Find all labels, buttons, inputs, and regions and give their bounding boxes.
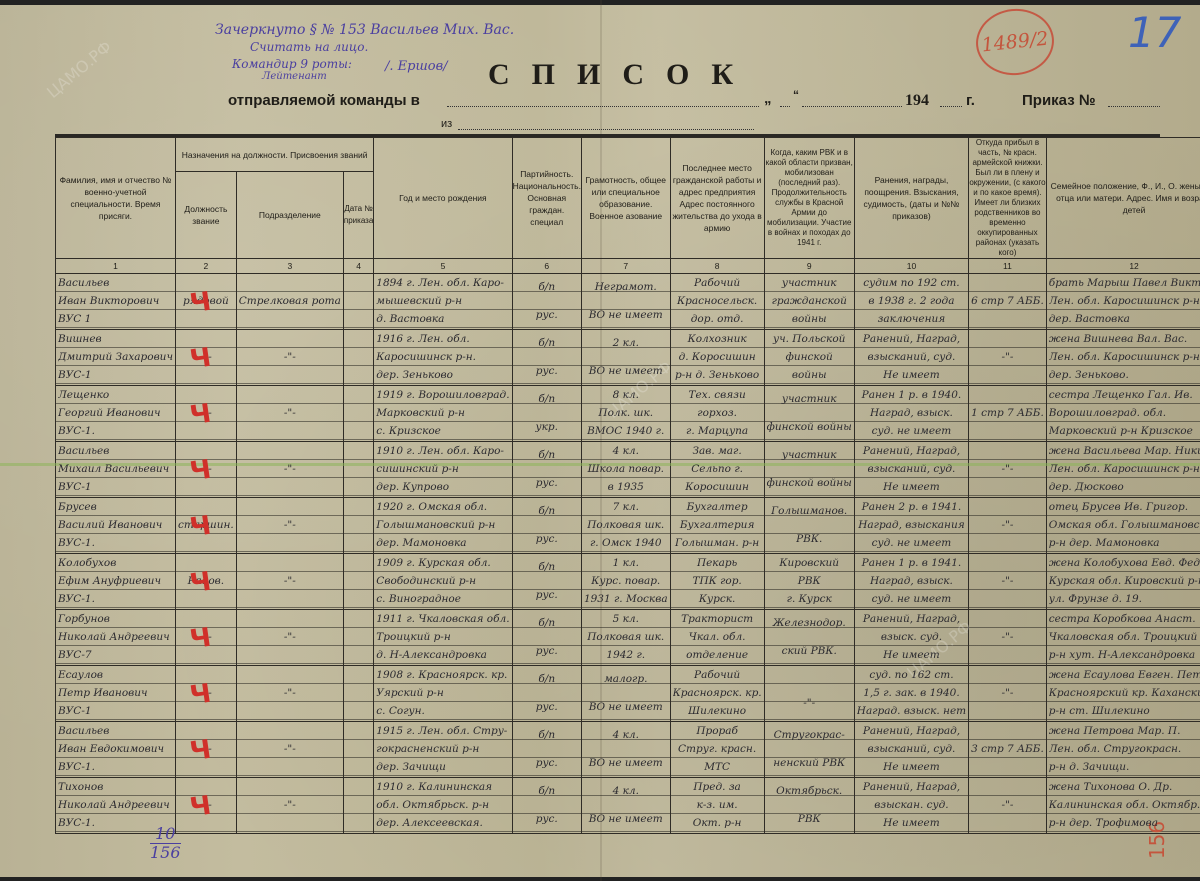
- row-education-cell: 5 кл.Полковая шк.1942 г.: [581, 610, 670, 666]
- row-arrived-cell: 1 стр 7 АББ.: [969, 386, 1047, 442]
- row-family-cell: жена Васильева Мар. Никиф.Лен. обл. Каро…: [1046, 442, 1200, 498]
- row-subdivision-text: -"-: [239, 685, 341, 702]
- row-education-cell: малогр.ВО не имеет: [581, 666, 670, 722]
- row-name-cell: ГорбуновНиколай АндреевичВУС-7: [56, 610, 176, 666]
- row-family-text: р-н хут. Н-Александровка: [1049, 647, 1200, 664]
- table-row: ТихоновНиколай АндреевичВУС-1.-"-Ч-"-191…: [56, 778, 1200, 834]
- row-birth-cell: 1920 г. Омская обл.Голышмановский р-ндер…: [374, 498, 512, 554]
- row-education-text: ВО не имеет: [584, 811, 668, 828]
- row-birth-cell: 1894 г. Лен. обл. Каро-мышевский р-нд. В…: [374, 274, 512, 330]
- row-birth-text: гокрасненский р-н: [376, 741, 509, 758]
- col-num-12: 12: [1046, 259, 1200, 274]
- row-family-cell: жена Есаулова Евген. Петр.Красноярский к…: [1046, 666, 1200, 722]
- row-birth-text: 1909 г. Курская обл.: [376, 555, 509, 572]
- row-birth-text: д. Н-Александровка: [376, 647, 509, 664]
- row-last-work-text: Голышман. р-н: [673, 535, 762, 552]
- row-birth-text: с. Виноградное: [376, 591, 509, 608]
- row-name-text: ВУС-1: [58, 479, 173, 496]
- row-last-work-text: Красноярск. кр.: [673, 685, 762, 702]
- row-awards-text: Не имеет: [857, 479, 966, 496]
- row-mobilized-text: РВК: [767, 573, 852, 590]
- row-party-text: рус.: [515, 811, 579, 828]
- row-last-work-text: МТС: [673, 759, 762, 776]
- row-birth-text: 1908 г. Красноярск. кр.: [376, 667, 509, 684]
- row-family-cell: жена Вишнева Вал. Вас.Лен. обл. Каросиши…: [1046, 330, 1200, 386]
- col-header-position: Должность звание: [175, 172, 236, 259]
- row-awards-cell: суд. по 162 ст.1,5 г. зак. в 1940.Наград…: [854, 666, 968, 722]
- row-name-text: Иван Викторович: [58, 293, 173, 310]
- row-mobilized-text: Голышманов.: [767, 503, 852, 520]
- row-mobilized-cell: КировскийРВКг. Курск: [764, 554, 854, 610]
- table-row: ВасильевИван ВикторовичВУС 1рядовойЧСтре…: [56, 274, 1200, 330]
- row-awards-text: взысканий, суд.: [857, 461, 966, 478]
- year-prefix: 194: [905, 92, 929, 110]
- row-last-work-cell: БухгалтерБухгалтерияГолышман. р-н: [670, 498, 764, 554]
- col-header-assignments: Назначения на должности. Присвоения зван…: [175, 138, 373, 172]
- row-awards-text: суд. не имеет: [857, 535, 966, 552]
- col-num-6: 6: [512, 259, 581, 274]
- table-row: КолобуховЕфим АнуфриевичВУС-1.Рядов.Ч-"-…: [56, 554, 1200, 610]
- row-awards-text: Наград. взыск. нет: [857, 703, 966, 720]
- row-name-cell: КолобуховЕфим АнуфриевичВУС-1.: [56, 554, 176, 610]
- row-last-work-cell: Тех. связигорхоз.г. Марцупа: [670, 386, 764, 442]
- row-arrived-cell: -"-: [969, 442, 1047, 498]
- row-birth-text: дер. Мамоновка: [376, 535, 509, 552]
- row-birth-text: 1916 г. Лен. обл.: [376, 331, 509, 348]
- row-mobilized-cell: участникфинской войны: [764, 386, 854, 442]
- row-family-cell: жена Тихонова О. Др.Калининская обл. Окт…: [1046, 778, 1200, 834]
- row-birth-text: 1920 г. Омская обл.: [376, 499, 509, 516]
- row-birth-text: Голышмановский р-н: [376, 517, 509, 534]
- row-party-cell: б/прус.: [512, 722, 581, 778]
- row-last-work-text: Окт. р-н: [673, 815, 762, 832]
- row-last-work-cell: РабочийКрасносельск.дор. отд.: [670, 274, 764, 330]
- row-birth-text: дер. Алексеевская.: [376, 815, 509, 832]
- row-education-cell: 4 кл.Школа повар.в 1935: [581, 442, 670, 498]
- row-mobilized-text: гражданской: [767, 293, 852, 310]
- row-last-work-text: Пред. за: [673, 779, 762, 796]
- col-header-birth: Год и место рождения: [374, 138, 512, 259]
- row-mobilized-text: Кировский: [767, 555, 852, 572]
- row-education-text: 4 кл.: [584, 727, 668, 744]
- col-num-4: 4: [343, 259, 373, 274]
- row-education-cell: Неграмот.ВО не имеет: [581, 274, 670, 330]
- row-birth-text: Каросишинск р-н.: [376, 349, 509, 366]
- row-arrived-text: -"-: [971, 349, 1044, 366]
- row-family-text: Лен. обл. Каросишинск р-н: [1049, 349, 1200, 366]
- row-awards-text: взысканий, суд.: [857, 349, 966, 366]
- row-education-text: ВО не имеет: [584, 363, 668, 380]
- row-education-text: 1 кл.: [584, 555, 668, 572]
- row-education-cell: 4 кл.ВО не имеет: [581, 778, 670, 834]
- row-awards-text: Не имеет: [857, 367, 966, 384]
- row-awards-cell: Ранен 1 р. в 1940.Наград, взыск.суд. не …: [854, 386, 968, 442]
- row-name-text: ВУС-1: [58, 367, 173, 384]
- row-mobilized-cell: -"-: [764, 666, 854, 722]
- row-position-cell: -"-Ч: [175, 610, 236, 666]
- row-mobilized-cell: Стругокрас-ненский РВК: [764, 722, 854, 778]
- col-num-2: 2: [175, 259, 236, 274]
- row-awards-text: 1,5 г. зак. в 1940.: [857, 685, 966, 702]
- row-name-text: Иван Евдокимович: [58, 741, 173, 758]
- year-suffix: г.: [966, 92, 975, 109]
- date-quote-open: „: [764, 90, 772, 107]
- row-education-text: Полковая шк.: [584, 629, 668, 646]
- row-subdivision-cell: -"-: [236, 498, 343, 554]
- row-education-text: 8 кл.: [584, 387, 668, 404]
- row-awards-text: Наград, взыск.: [857, 405, 966, 422]
- row-awards-cell: Ранений, Наград,взысканий, суд.Не имеет: [854, 330, 968, 386]
- row-name-cell: ЛещенкоГеоргий ИвановичВУС-1.: [56, 386, 176, 442]
- row-order-date-cell: [343, 666, 373, 722]
- row-education-text: Школа повар.: [584, 461, 668, 478]
- col-num-10: 10: [854, 259, 968, 274]
- red-check-mark: Ч: [188, 735, 213, 768]
- row-family-text: Лен. обл. Каросишинск р-н: [1049, 461, 1200, 478]
- row-family-text: р-н ст. Шилекино: [1049, 703, 1200, 720]
- row-education-cell: 1 кл.Курс. повар.1931 г. Москва: [581, 554, 670, 610]
- row-birth-cell: 1908 г. Красноярск. кр.Уярский р-нс. Сог…: [374, 666, 512, 722]
- annotation-signature: /. Ершов/: [385, 59, 448, 74]
- row-party-text: б/п: [515, 447, 579, 464]
- row-family-text: жена Петрова Мар. П.: [1049, 723, 1200, 740]
- red-check-mark: Ч: [188, 679, 213, 712]
- row-name-text: ВУС-1: [58, 703, 173, 720]
- row-order-date-cell: [343, 386, 373, 442]
- row-subdivision-cell: -"-: [236, 666, 343, 722]
- row-mobilized-cell: Железнодор.ский РВК.: [764, 610, 854, 666]
- row-birth-text: обл. Октябрьск. р-н: [376, 797, 509, 814]
- row-last-work-cell: ПекарьТПК гор.Курск.: [670, 554, 764, 610]
- from-label: из: [441, 118, 452, 130]
- red-check-mark: Ч: [188, 623, 213, 656]
- row-birth-text: Марковский р-н: [376, 405, 509, 422]
- row-subdivision-text: -"-: [239, 629, 341, 646]
- row-family-text: Лен. обл. Стругокрасн.: [1049, 741, 1200, 758]
- row-subdivision-cell: -"-: [236, 610, 343, 666]
- row-party-cell: б/прус.: [512, 498, 581, 554]
- personnel-table: Фамилия, имя и отчество № военно-учетной…: [55, 137, 1200, 834]
- row-arrived-text: 3 стр 7 АББ.: [971, 741, 1044, 758]
- destination-blank: [447, 106, 759, 107]
- row-name-text: Николай Андреевич: [58, 797, 173, 814]
- row-awards-text: Наград, взыск.: [857, 573, 966, 590]
- row-mobilized-cell: Октябрьск.РВК: [764, 778, 854, 834]
- row-name-text: ВУС-1.: [58, 759, 173, 776]
- row-education-cell: 8 кл.Полк. шк.ВМОС 1940 г.: [581, 386, 670, 442]
- row-last-work-cell: Пред. зак-з. им.Окт. р-н: [670, 778, 764, 834]
- row-family-text: сестра Лещенко Гал. Ив.: [1049, 387, 1200, 404]
- row-birth-text: 1910 г. Лен. обл. Каро-: [376, 443, 509, 460]
- row-arrived-cell: -"-: [969, 778, 1047, 834]
- row-family-cell: жена Колобухова Евд. Фед.Курская обл. Ки…: [1046, 554, 1200, 610]
- row-awards-text: суд. не имеет: [857, 591, 966, 608]
- row-family-cell: сестра Лещенко Гал. Ив.Ворошиловград. об…: [1046, 386, 1200, 442]
- row-education-text: ВО не имеет: [584, 307, 668, 324]
- row-birth-text: мышевский р-н: [376, 293, 509, 310]
- row-birth-text: с. Кризское: [376, 423, 509, 440]
- row-family-text: жена Есаулова Евген. Петр.: [1049, 667, 1200, 684]
- red-check-mark: Ч: [188, 287, 213, 320]
- row-last-work-text: Зав. маг.: [673, 443, 762, 460]
- row-education-text: Неграмот.: [584, 279, 668, 296]
- row-last-work-text: Пекарь: [673, 555, 762, 572]
- row-last-work-text: г. Марцупа: [673, 423, 762, 440]
- row-birth-text: 1894 г. Лен. обл. Каро-: [376, 275, 509, 292]
- row-family-text: жена Колобухова Евд. Фед.: [1049, 555, 1200, 572]
- row-family-text: Калининская обл. Октябр.: [1049, 797, 1200, 814]
- row-name-text: ВУС-1.: [58, 535, 173, 552]
- row-name-text: ВУС 1: [58, 311, 173, 328]
- subtitle-prefix: отправляемой команды в: [228, 92, 420, 109]
- row-position-cell: -"-Ч: [175, 330, 236, 386]
- row-last-work-cell: ПрорабСтруг. красн.МТС: [670, 722, 764, 778]
- row-last-work-cell: Зав. маг.Сельпо г.Коросишин: [670, 442, 764, 498]
- col-num-1: 1: [56, 259, 176, 274]
- row-education-text: 7 кл.: [584, 499, 668, 516]
- row-last-work-text: Тех. связи: [673, 387, 762, 404]
- table-row: ЕсауловПетр ИвановичВУС-1-"-Ч-"-1908 г. …: [56, 666, 1200, 722]
- row-awards-cell: Ранений, Наград,взысканий, суд.Не имеет: [854, 722, 968, 778]
- day-blank: [780, 106, 790, 107]
- row-arrived-cell: -"-: [969, 498, 1047, 554]
- row-family-text: Лен. обл. Каросишинск р-н: [1049, 293, 1200, 310]
- row-last-work-text: Струг. красн.: [673, 741, 762, 758]
- row-party-text: рус.: [515, 587, 579, 604]
- row-family-text: сестра Коробкова Анаст.: [1049, 611, 1200, 628]
- row-last-work-text: ТПК гор.: [673, 573, 762, 590]
- row-education-text: 1942 г.: [584, 647, 668, 664]
- row-last-work-text: Красносельск.: [673, 293, 762, 310]
- row-subdivision-cell: -"-: [236, 442, 343, 498]
- row-mobilized-text: Железнодор.: [767, 615, 852, 632]
- table-row: ГорбуновНиколай АндреевичВУС-7-"-Ч-"-191…: [56, 610, 1200, 666]
- row-party-text: б/п: [515, 335, 579, 352]
- row-family-text: брать Марыш Павел Виктор.: [1049, 275, 1200, 292]
- row-education-text: Полк. шк.: [584, 405, 668, 422]
- row-family-text: Курская обл. Кировский р-н: [1049, 573, 1200, 590]
- row-education-text: Полковая шк.: [584, 517, 668, 534]
- row-arrived-cell: 6 стр 7 АББ.: [969, 274, 1047, 330]
- row-birth-text: Троицкий р-н: [376, 629, 509, 646]
- row-mobilized-text: ский РВК.: [767, 643, 852, 660]
- row-mobilized-text: Октябрьск.: [767, 783, 852, 800]
- row-birth-cell: 1916 г. Лен. обл.Каросишинск р-н.дер. Зе…: [374, 330, 512, 386]
- table-row: ВасильевИван ЕвдокимовичВУС-1.-"-Ч-"-191…: [56, 722, 1200, 778]
- archival-document-page: Зачеркнуто § № 153 Васильев Мих. Вас. Сч…: [0, 0, 1200, 881]
- red-check-mark: Ч: [188, 399, 213, 432]
- row-name-cell: ВасильевИван ЕвдокимовичВУС-1.: [56, 722, 176, 778]
- row-birth-cell: 1910 г. Лен. обл. Каро-сишинский р-ндер.…: [374, 442, 512, 498]
- page-number: 17: [1128, 8, 1181, 57]
- row-subdivision-cell: -"-: [236, 554, 343, 610]
- row-order-date-cell: [343, 610, 373, 666]
- row-arrived-text: -"-: [971, 573, 1044, 590]
- row-birth-cell: 1911 г. Чкаловская обл.Троицкий р-нд. Н-…: [374, 610, 512, 666]
- row-birth-cell: 1909 г. Курская обл.Свободинский р-нс. В…: [374, 554, 512, 610]
- row-position-cell: -"-Ч: [175, 722, 236, 778]
- row-family-text: ул. Фрунзе д. 19.: [1049, 591, 1200, 608]
- row-party-text: б/п: [515, 783, 579, 800]
- row-birth-cell: 1919 г. Ворошиловград.Марковский р-нс. К…: [374, 386, 512, 442]
- row-awards-cell: Ранений, Наград,взыск. суд.Не имеет: [854, 610, 968, 666]
- fraction-bottom: 156: [150, 844, 181, 862]
- row-mobilized-text: Стругокрас-: [767, 727, 852, 744]
- row-arrived-cell: -"-: [969, 554, 1047, 610]
- row-family-text: отец Брусев Ив. Григор.: [1049, 499, 1200, 516]
- row-name-text: Брусев: [58, 499, 173, 516]
- col-header-mobilized: Когда, каким РВК и в какой области призв…: [764, 138, 854, 259]
- row-name-text: Вишнев: [58, 331, 173, 348]
- row-last-work-text: Рабочий: [673, 667, 762, 684]
- row-mobilized-cell: участникфинской войны: [764, 442, 854, 498]
- row-name-text: Петр Иванович: [58, 685, 173, 702]
- row-awards-text: взыскан. суд.: [857, 797, 966, 814]
- order-label: Приказ №: [1022, 92, 1096, 109]
- row-awards-text: Не имеет: [857, 815, 966, 832]
- row-party-cell: б/прус.: [512, 610, 581, 666]
- col-num-7: 7: [581, 259, 670, 274]
- row-awards-text: взыск. суд.: [857, 629, 966, 646]
- row-awards-cell: Ранен 2 р. в 1941.Наград, взысканиясуд. …: [854, 498, 968, 554]
- row-subdivision-cell: -"-: [236, 386, 343, 442]
- row-order-date-cell: [343, 554, 373, 610]
- row-subdivision-cell: -"-: [236, 722, 343, 778]
- row-party-text: рус.: [515, 307, 579, 324]
- red-check-mark: Ч: [188, 567, 213, 600]
- red-check-mark: Ч: [188, 511, 213, 544]
- col-header-last-work: Последнее место гражданской работы и адр…: [670, 138, 764, 259]
- row-awards-text: Ранений, Наград,: [857, 779, 966, 796]
- row-education-text: 1931 г. Москва: [584, 591, 668, 608]
- row-name-text: Ефим Ануфриевич: [58, 573, 173, 590]
- row-awards-cell: судим по 192 ст.в 1938 г. 2 годазаключен…: [854, 274, 968, 330]
- row-subdivision-text: -"-: [239, 517, 341, 534]
- col-header-name: Фамилия, имя и отчество № военно-учетной…: [56, 138, 176, 259]
- col-num-9: 9: [764, 259, 854, 274]
- row-last-work-text: горхоз.: [673, 405, 762, 422]
- row-awards-text: в 1938 г. 2 года: [857, 293, 966, 310]
- watermark: ЦАМО.РФ: [43, 37, 115, 102]
- archive-stamp: 1489/2: [973, 5, 1057, 79]
- row-arrived-cell: -"-: [969, 330, 1047, 386]
- row-mobilized-text: войны: [767, 311, 852, 328]
- row-subdivision-text: Стрелковая рота: [239, 293, 341, 310]
- table-row: ВишневДмитрий ЗахаровичВУС-1-"-Ч-"-1916 …: [56, 330, 1200, 386]
- from-blank: [458, 129, 754, 130]
- row-family-cell: жена Петрова Мар. П.Лен. обл. Стругокрас…: [1046, 722, 1200, 778]
- col-num-3: 3: [236, 259, 343, 274]
- row-birth-text: дер. Купрово: [376, 479, 509, 496]
- row-arrived-cell: -"-: [969, 610, 1047, 666]
- row-party-text: б/п: [515, 727, 579, 744]
- row-birth-cell: 1915 г. Лен. обл. Стру-гокрасненский р-н…: [374, 722, 512, 778]
- table-row: БрусевВасилий ИвановичВУС-1.старшин.Ч-"-…: [56, 498, 1200, 554]
- col-header-family: Семейное положение, Ф., И., О. жены или …: [1046, 138, 1200, 259]
- row-awards-text: Ранений, Наград,: [857, 443, 966, 460]
- row-position-cell: Рядов.Ч: [175, 554, 236, 610]
- row-name-text: Василий Иванович: [58, 517, 173, 534]
- row-family-text: р-н д. Зачищи.: [1049, 759, 1200, 776]
- row-subdivision-cell: -"-: [236, 330, 343, 386]
- row-family-text: Омская обл. Голышмановский: [1049, 517, 1200, 534]
- row-mobilized-text: РВК: [767, 811, 852, 828]
- row-order-date-cell: [343, 274, 373, 330]
- col-header-party: Партийность. Национальность. Основная гр…: [512, 138, 581, 259]
- row-last-work-text: д. Коросишин: [673, 349, 762, 366]
- row-birth-text: дер. Зачищи: [376, 759, 509, 776]
- row-awards-text: Ранен 2 р. в 1941.: [857, 499, 966, 516]
- row-awards-text: Наград, взыскания: [857, 517, 966, 534]
- col-header-education: Грамотность, общее или специальное образ…: [581, 138, 670, 259]
- row-last-work-text: Коросишин: [673, 479, 762, 496]
- row-family-text: Чкаловская обл. Троицкий: [1049, 629, 1200, 646]
- row-party-text: рус.: [515, 643, 579, 660]
- document-title: СПИСОК: [488, 58, 755, 92]
- row-family-text: Марковский р-н Кризское: [1049, 423, 1200, 440]
- row-mobilized-text: участник: [767, 447, 852, 464]
- row-party-cell: б/прус.: [512, 442, 581, 498]
- row-party-text: б/п: [515, 279, 579, 296]
- row-last-work-text: Бухгалтер: [673, 499, 762, 516]
- row-education-cell: 2 кл.ВО не имеет: [581, 330, 670, 386]
- row-party-cell: б/прус.: [512, 274, 581, 330]
- row-subdivision-cell: -"-: [236, 778, 343, 834]
- row-last-work-text: отделение: [673, 647, 762, 664]
- row-education-text: ВО не имеет: [584, 755, 668, 772]
- row-birth-text: Свободинский р-н: [376, 573, 509, 590]
- row-last-work-cell: Колхозникд. Коросишинр-н д. Зеньково: [670, 330, 764, 386]
- row-mobilized-text: финской войны: [767, 419, 852, 436]
- row-party-text: укр.: [515, 419, 579, 436]
- table-row: ВасильевМихаил ВасильевичВУС-1-"-Ч-"-191…: [56, 442, 1200, 498]
- row-awards-text: заключения: [857, 311, 966, 328]
- row-arrived-text: -"-: [971, 629, 1044, 646]
- row-family-text: Ворошиловград. обл.: [1049, 405, 1200, 422]
- row-mobilized-text: финской войны: [767, 475, 852, 492]
- annotation-line-2: Считать на лицо.: [250, 40, 368, 54]
- row-awards-text: суд. по 162 ст.: [857, 667, 966, 684]
- row-name-text: Михаил Васильевич: [58, 461, 173, 478]
- row-birth-text: 1911 г. Чкаловская обл.: [376, 611, 509, 628]
- row-family-text: дер. Зеньково.: [1049, 367, 1200, 384]
- row-awards-text: судим по 192 ст.: [857, 275, 966, 292]
- row-party-cell: б/пукр.: [512, 386, 581, 442]
- row-subdivision-text: -"-: [239, 741, 341, 758]
- row-name-text: Васильев: [58, 723, 173, 740]
- row-subdivision-text: -"-: [239, 349, 341, 366]
- row-arrived-text: 1 стр 7 АББ.: [971, 405, 1044, 422]
- row-birth-text: с. Согун.: [376, 703, 509, 720]
- col-num-8: 8: [670, 259, 764, 274]
- row-name-cell: ВишневДмитрий ЗахаровичВУС-1: [56, 330, 176, 386]
- col-header-subdivision: Подразделение: [236, 172, 343, 259]
- year-blank: [940, 106, 962, 107]
- row-last-work-text: Рабочий: [673, 275, 762, 292]
- row-arrived-text: -"-: [971, 517, 1044, 534]
- row-arrived-text: -"-: [971, 461, 1044, 478]
- row-last-work-text: Курск.: [673, 591, 762, 608]
- row-family-text: дер. Вастовка: [1049, 311, 1200, 328]
- row-education-cell: 7 кл.Полковая шк.г. Омск 1940: [581, 498, 670, 554]
- row-party-cell: б/прус.: [512, 778, 581, 834]
- row-mobilized-cell: уч. Польскойфинскойвойны: [764, 330, 854, 386]
- row-position-cell: -"-Ч: [175, 442, 236, 498]
- row-name-cell: БрусевВасилий ИвановичВУС-1.: [56, 498, 176, 554]
- stamp-number: 1489/2: [981, 28, 1050, 57]
- row-last-work-cell: ТрактористЧкал. обл.отделение: [670, 610, 764, 666]
- row-party-cell: б/прус.: [512, 554, 581, 610]
